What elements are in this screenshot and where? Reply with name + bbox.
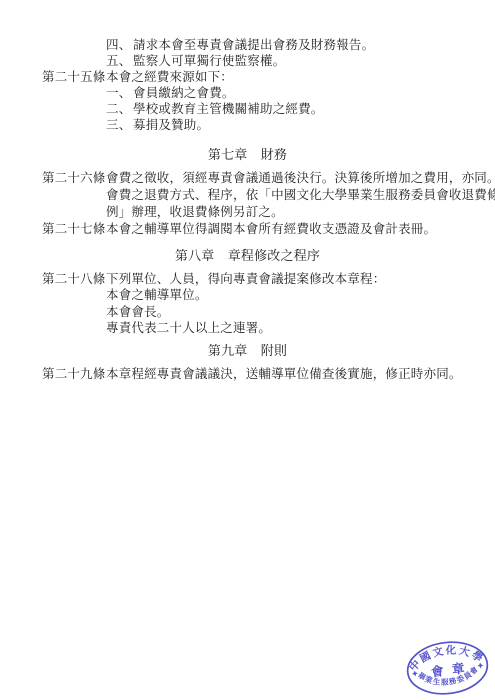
line-text: 會費之退費方式、程序，依「中國文化大學畢業生服務委員會收退費條 xyxy=(106,187,495,204)
article-number-label: 第二十五條 xyxy=(42,69,106,86)
official-seal-stamp: 中國文化大學 畢業生服務委員會 會 章 xyxy=(396,629,495,700)
chapter-heading: 第七章 財務 xyxy=(0,146,495,163)
line-text: 本會之輔導單位。 xyxy=(106,287,208,304)
continuation-line: 本會之輔導單位。 xyxy=(0,287,495,304)
article-number-label: 第二十七條 xyxy=(42,221,106,238)
line-text: 會員繳納之會費。 xyxy=(133,85,235,102)
line-text: 學校或教育主管機關補助之經費。 xyxy=(133,101,324,118)
continuation-line: 會費之退費方式、程序，依「中國文化大學畢業生服務委員會收退費條 xyxy=(0,187,495,204)
line-text: 本會會長。 xyxy=(106,304,170,321)
item-number: 二、 xyxy=(106,101,131,118)
line-text: 請求本會至專責會議提出會務及財務報告。 xyxy=(133,37,374,54)
line-text: 監察人可單獨行使監察權。 xyxy=(133,53,285,70)
list-item-line: 二、學校或教育主管機關補助之經費。 xyxy=(0,101,495,118)
article-number-label: 第二十八條 xyxy=(42,271,106,288)
chapter-heading: 第八章 章程修改之程序 xyxy=(0,247,495,264)
line-text: 專責代表二十人以上之連署。 xyxy=(106,320,271,337)
list-item-line: 五、監察人可單獨行使監察權。 xyxy=(0,53,495,70)
article-number-label: 第二十九條 xyxy=(42,366,106,383)
line-text: 本會之輔導單位得調閱本會所有經費收支憑證及會計表冊。 xyxy=(106,221,436,238)
line-text: 本章程經專責會議議決，送輔導單位備查後實施，修正時亦同。 xyxy=(106,366,462,383)
article-line: 第二十九條本章程經專責會議議決，送輔導單位備查後實施，修正時亦同。 xyxy=(0,366,495,383)
line-text: 下列單位、人員，得向專責會議提案修改本章程： xyxy=(106,271,385,288)
line-text: 本會之經費來源如下： xyxy=(106,69,233,86)
item-number: 三、 xyxy=(106,117,131,134)
stamp-center-text-right: 章 xyxy=(451,660,466,676)
article-line: 第二十七條本會之輔導單位得調閱本會所有經費收支憑證及會計表冊。 xyxy=(0,221,495,238)
article-line: 第二十八條下列單位、人員，得向專責會議提案修改本章程： xyxy=(0,271,495,288)
list-item-line: 四、請求本會至專責會議提出會務及財務報告。 xyxy=(0,37,495,54)
list-item-line: 三、募捐及贊助。 xyxy=(0,117,495,134)
line-text: 會費之徵收，須經專責會議通過後決行。決算後所增加之費用，亦同。 xyxy=(106,170,495,187)
list-item-line: 一、會員繳納之會費。 xyxy=(0,85,495,102)
chapter-heading: 第九章 附則 xyxy=(0,342,495,359)
item-number: 五、 xyxy=(106,53,131,70)
document-page: 四、請求本會至專責會議提出會務及財務報告。五、監察人可單獨行使監察權。第二十五條… xyxy=(0,0,495,700)
item-number: 四、 xyxy=(106,37,131,54)
stamp-center-text-left: 會 xyxy=(430,663,445,679)
line-text: 募捐及贊助。 xyxy=(133,117,209,134)
item-number: 一、 xyxy=(106,85,131,102)
continuation-line: 專責代表二十人以上之連署。 xyxy=(0,320,495,337)
continuation-line: 例」辦理，收退費條例另訂之。 xyxy=(0,204,495,221)
article-line: 第二十五條本會之經費來源如下： xyxy=(0,69,495,86)
article-line: 第二十六條會費之徵收，須經專責會議通過後決行。決算後所增加之費用，亦同。 xyxy=(0,170,495,187)
article-number-label: 第二十六條 xyxy=(42,170,106,187)
line-text: 例」辦理，收退費條例另訂之。 xyxy=(106,204,284,221)
continuation-line: 本會會長。 xyxy=(0,304,495,321)
